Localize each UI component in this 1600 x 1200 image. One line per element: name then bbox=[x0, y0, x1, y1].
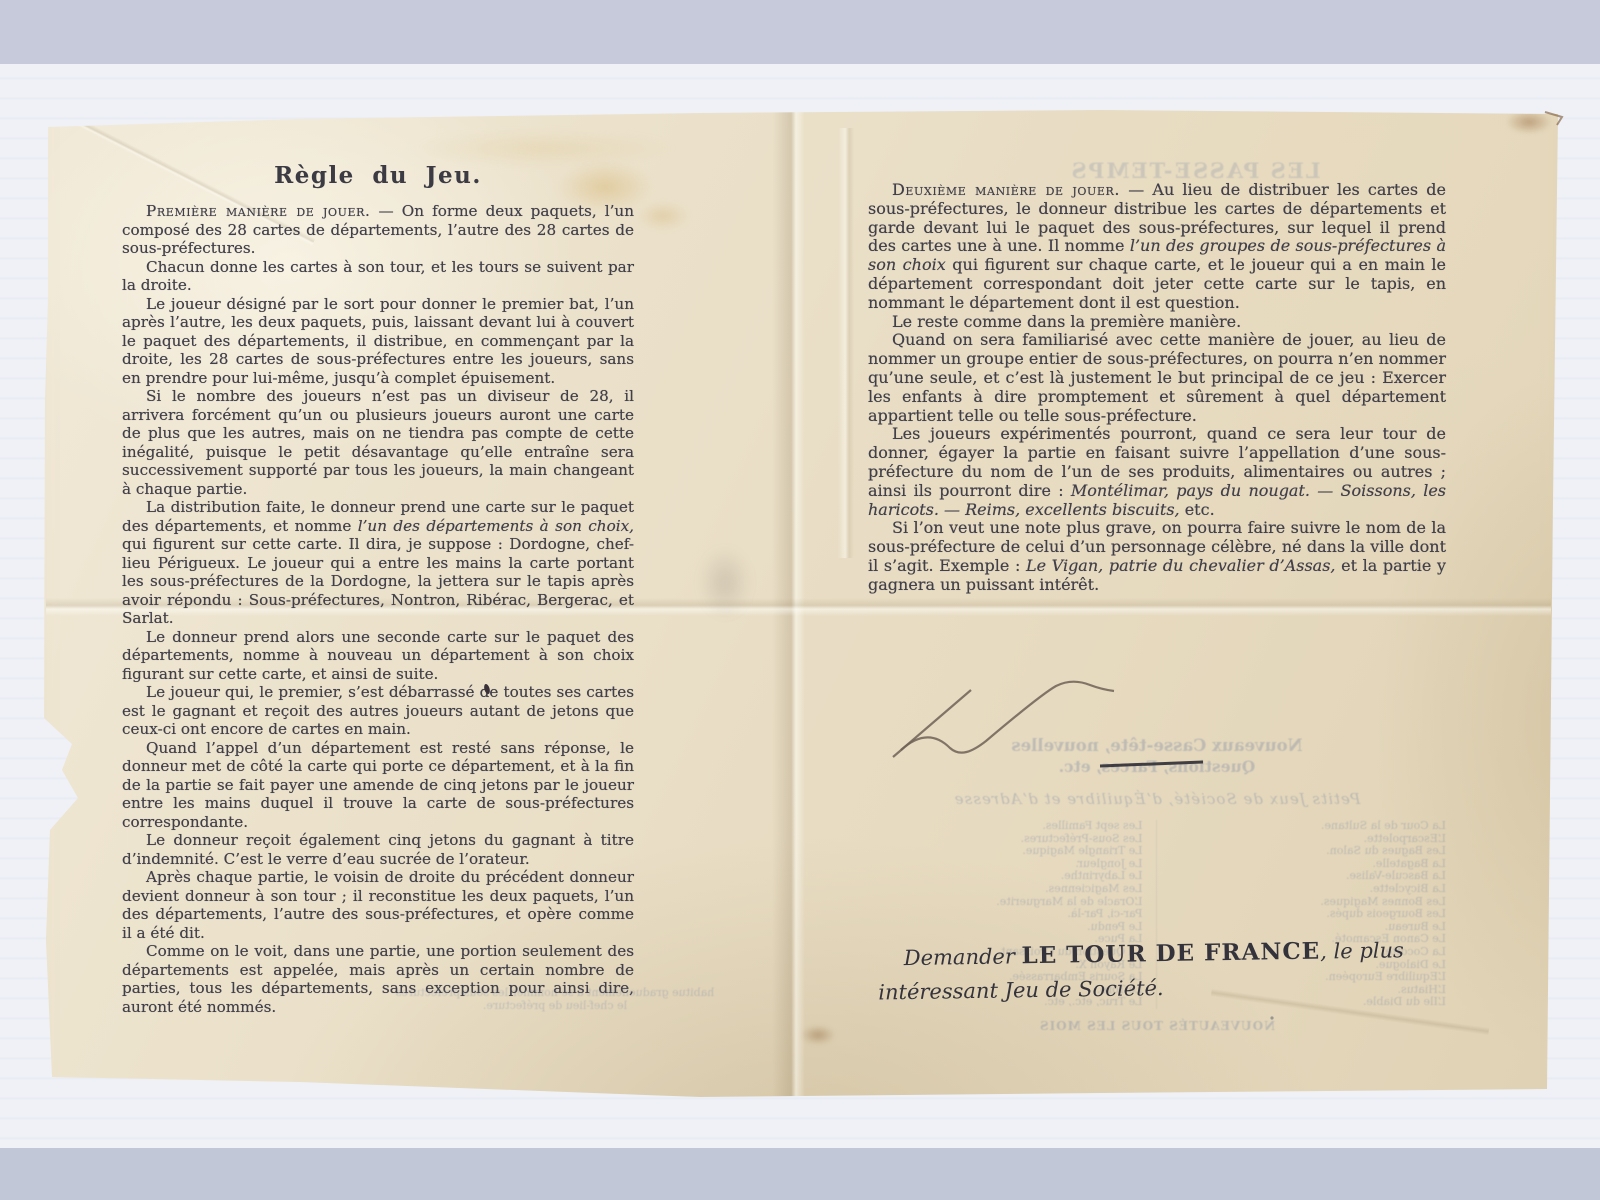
page-title: Règle du Jeu. bbox=[122, 162, 634, 189]
backdrop-band-top bbox=[0, 0, 1600, 64]
text-segment: Le donneur prend alors une seconde carte… bbox=[122, 628, 634, 683]
bleed-through-list-item: La Bascule-Valise. bbox=[1172, 870, 1447, 883]
paragraph: Deuxième manière de jouer. — Au lieu de … bbox=[868, 181, 1446, 313]
paragraph: Si le nombre des joueurs n’est pas un di… bbox=[122, 387, 634, 498]
bleed-through-list-item: Le Pendu. bbox=[868, 921, 1143, 934]
paper-sheet: Règle du Jeu. Première manière de jouer.… bbox=[0, 0, 1600, 1200]
text-segment: Demander bbox=[904, 944, 1022, 970]
paper-stain bbox=[628, 196, 698, 236]
bleed-through-line: le chef-lieu de préfecture. bbox=[390, 999, 720, 1012]
bleed-through-list-item: Les Magiciennes. bbox=[868, 883, 1143, 896]
paragraph: Si l’on veut une note plus grave, on pou… bbox=[868, 519, 1446, 594]
paragraph: Chacun donne les cartes à son tour, et l… bbox=[122, 258, 634, 295]
paragraph: Le donneur prend alors une seconde carte… bbox=[122, 628, 634, 684]
bleed-through-line: habitue graduellement à se nommer les so… bbox=[390, 986, 720, 999]
text-segment: Le donneur reçoit également cinq jetons … bbox=[122, 831, 634, 868]
paragraph: Le joueur qui, le premier, s’est débarra… bbox=[122, 683, 634, 739]
bleed-through-list-item: L’Escarpolette. bbox=[1172, 833, 1447, 846]
text-segment: Le reste comme dans la première manière. bbox=[892, 312, 1241, 331]
paragraph: Quand on sera familiarisé avec cette man… bbox=[868, 331, 1446, 425]
bleed-through-subheading: Petits Jeux de Société, d’Équilibre et d… bbox=[868, 790, 1446, 808]
vertical-crease bbox=[838, 128, 854, 558]
bleed-through-list-item: Les Bagues du Salon. bbox=[1172, 845, 1447, 858]
text-segment: LE TOUR DE FRANCE bbox=[1021, 938, 1320, 970]
promo-line: Demander LE TOUR DE FRANCE, le plus inté… bbox=[878, 933, 1451, 1010]
bleed-through-list-item: Le Jongleur. bbox=[868, 858, 1143, 871]
paper-stain bbox=[795, 1022, 841, 1048]
paragraph: La distribution faite, le donneur prend … bbox=[122, 498, 634, 628]
paper-stain bbox=[690, 535, 760, 630]
text-segment: qui figurent sur chaque carte, et le jou… bbox=[868, 255, 1446, 312]
bleed-through-list-item: Les Sous-Préfectures. bbox=[868, 833, 1143, 846]
text-segment: Le Vigan, patrie du chevalier d’Assas, bbox=[1026, 556, 1336, 575]
bleed-through-list-item: La Bicyclette. bbox=[1172, 883, 1447, 896]
bleed-through-list-item: La Cour de la Sultane. bbox=[1172, 820, 1447, 833]
paragraph: Quand l’appel d’un département est resté… bbox=[122, 739, 634, 832]
text-segment: l’un des départements à son choix, bbox=[358, 517, 634, 535]
bleed-through-left-page: habitue graduellement à se nommer les so… bbox=[390, 986, 720, 1012]
paragraph: Après chaque partie, le voisin de droite… bbox=[122, 868, 634, 942]
paragraph: Première manière de jouer. — On forme de… bbox=[122, 202, 634, 258]
bleed-through-heading: Nouveaux Casse-tête, nouvelles bbox=[868, 736, 1446, 755]
center-fold-crease bbox=[772, 110, 812, 1098]
bleed-through-list-item: L’Oracle de la Marguerite. bbox=[868, 896, 1143, 909]
bleed-through-footer: NOUVEAUTÉS TOUS LES MOIS bbox=[868, 1019, 1446, 1033]
backdrop-band-bottom bbox=[0, 1148, 1600, 1200]
bleed-through-list-item: Le Bureau. bbox=[1172, 921, 1447, 934]
text-segment: Quand on sera familiarisé avec cette man… bbox=[868, 330, 1446, 424]
text-segment: Deuxième manière de jouer. bbox=[892, 180, 1120, 199]
text-segment: Le joueur qui, le premier, s’est débarra… bbox=[122, 683, 634, 738]
photo-backdrop: Règle du Jeu. Première manière de jouer.… bbox=[0, 0, 1600, 1200]
paragraph: Le donneur reçoit également cinq jetons … bbox=[122, 831, 634, 868]
paper-stain bbox=[1498, 106, 1560, 138]
bleed-through-list-item: Par-ci, Par-là. bbox=[868, 908, 1143, 921]
paragraph: Le reste comme dans la première manière. bbox=[868, 313, 1446, 332]
right-page-text: Deuxième manière de jouer. — Au lieu de … bbox=[868, 181, 1446, 595]
bleed-through-list-item: Le Labyrinthe. bbox=[868, 870, 1143, 883]
bleed-through-list-item: Les Bonnes Magiques. bbox=[1172, 896, 1447, 909]
left-page-text: Première manière de jouer. — On forme de… bbox=[122, 202, 634, 1016]
text-segment: etc. bbox=[1180, 500, 1215, 519]
text-segment: Si le nombre des joueurs n’est pas un di… bbox=[122, 387, 634, 498]
bleed-through-list-item: Les Bourgeois dupés. bbox=[1172, 908, 1447, 921]
text-segment: Le joueur désigné par le sort pour donne… bbox=[122, 295, 634, 387]
text-segment: Quand l’appel d’un département est resté… bbox=[122, 739, 634, 831]
text-segment: Première manière de jouer. bbox=[146, 202, 370, 220]
text-segment: qui figurent sur cette carte. Il dira, j… bbox=[122, 535, 634, 627]
bleed-through-list-item: Les sept Familles. bbox=[868, 820, 1143, 833]
text-segment: Après chaque partie, le voisin de droite… bbox=[122, 868, 634, 942]
paragraph: Le joueur désigné par le sort pour donne… bbox=[122, 295, 634, 388]
paragraph: Les joueurs expérimentés pourront, quand… bbox=[868, 425, 1446, 519]
bleed-through-heading: Questions, Farces, etc. bbox=[868, 757, 1446, 776]
text-segment: Chacun donne les cartes à son tour, et l… bbox=[122, 258, 634, 295]
bleed-through-list-item: Le Triangle Magique. bbox=[868, 845, 1143, 858]
bleed-through-list-item: La Bagatelle. bbox=[1172, 858, 1447, 871]
